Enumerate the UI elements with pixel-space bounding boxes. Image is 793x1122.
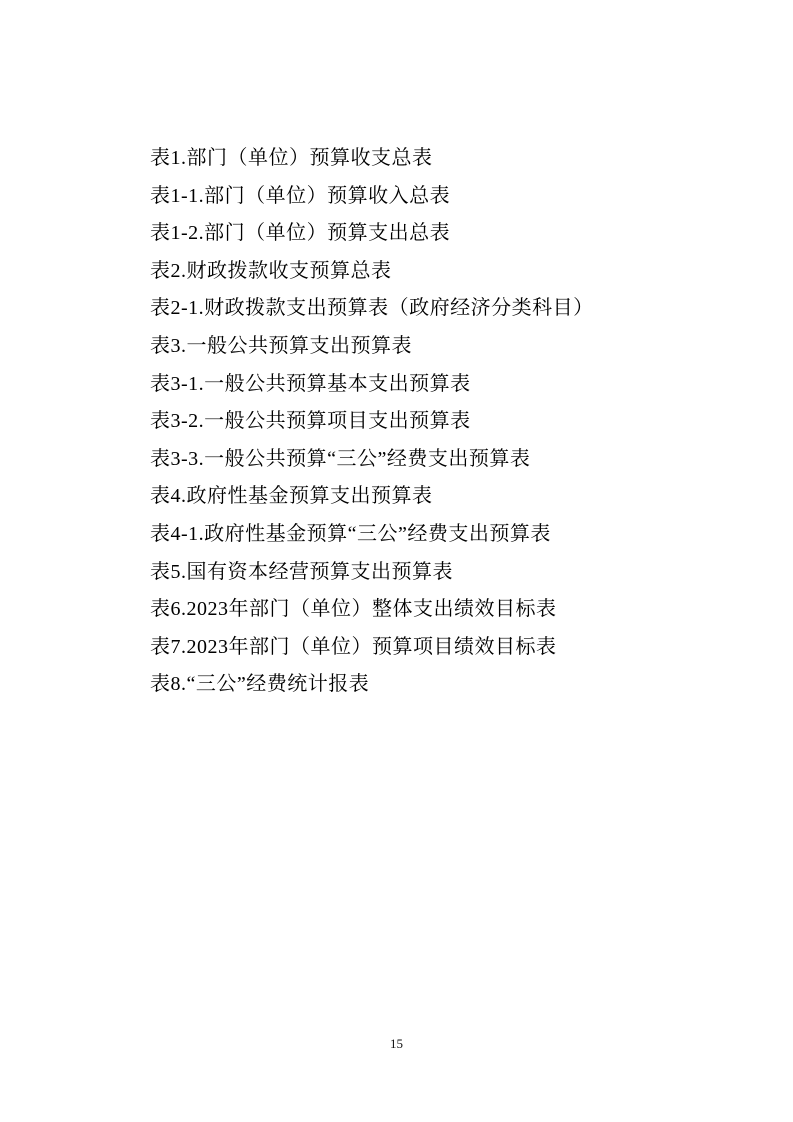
toc-item: 表3-3.一般公共预算“三公”经费支出预算表	[150, 441, 750, 479]
table-list: 表1.部门（单位）预算收支总表 表1-1.部门（单位）预算收入总表 表1-2.部…	[150, 140, 750, 704]
toc-item: 表5.国有资本经营预算支出预算表	[150, 554, 750, 592]
toc-item: 表7.2023年部门（单位）预算项目绩效目标表	[150, 629, 750, 667]
toc-item: 表3-2.一般公共预算项目支出预算表	[150, 403, 750, 441]
toc-item: 表2-1.财政拨款支出预算表（政府经济分类科目）	[150, 290, 750, 328]
document-page: 表1.部门（单位）预算收支总表 表1-1.部门（单位）预算收入总表 表1-2.部…	[0, 0, 793, 1122]
toc-item: 表4-1.政府性基金预算“三公”经费支出预算表	[150, 516, 750, 554]
page-number: 15	[0, 1036, 793, 1052]
toc-item: 表1.部门（单位）预算收支总表	[150, 140, 750, 178]
toc-item: 表3.一般公共预算支出预算表	[150, 328, 750, 366]
toc-item: 表1-1.部门（单位）预算收入总表	[150, 178, 750, 216]
toc-item: 表6.2023年部门（单位）整体支出绩效目标表	[150, 591, 750, 629]
toc-item: 表4.政府性基金预算支出预算表	[150, 478, 750, 516]
toc-item: 表1-2.部门（单位）预算支出总表	[150, 215, 750, 253]
toc-item: 表3-1.一般公共预算基本支出预算表	[150, 366, 750, 404]
toc-item: 表8.“三公”经费统计报表	[150, 666, 750, 704]
toc-item: 表2.财政拨款收支预算总表	[150, 253, 750, 291]
